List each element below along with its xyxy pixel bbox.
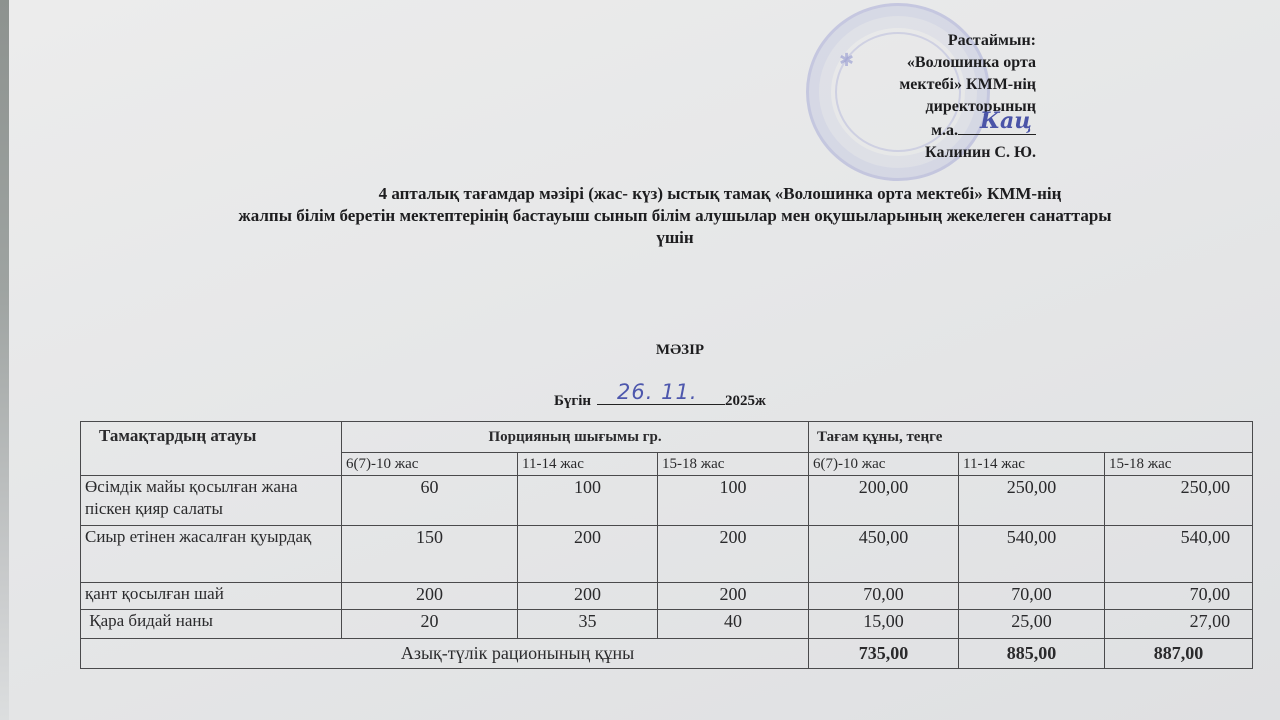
table-row: қант қосылған шай 200 200 200 70,00 70,0… [81,583,1253,610]
cost-cell: 540,00 [1105,526,1253,583]
portion-cell: 100 [518,476,658,526]
header-portion-age-1: 6(7)-10 жас [342,453,518,476]
dish-name: қант қосылған шай [81,583,342,610]
document-title: 4 апталық тағамдар мәзірі (жас- күз) ыст… [90,183,1260,249]
cost-cell: 250,00 [1105,476,1253,526]
portion-cell: 200 [518,526,658,583]
approval-school-line2: мектебі» КММ-нің [899,74,1036,96]
handwritten-date: 26. 11. [617,380,697,404]
portion-cell: 100 [658,476,809,526]
portion-cell: 60 [342,476,518,526]
header-portion: Порцияның шығымы гр. [342,422,809,453]
portion-cell: 200 [342,583,518,610]
portion-cell: 40 [658,610,809,639]
header-portion-age-3: 15-18 жас [658,453,809,476]
cost-cell: 27,00 [1105,610,1253,639]
table-row: Өсімдік майы қосылған жана піскен қияр с… [81,476,1253,526]
portion-cell: 200 [518,583,658,610]
menu-table: Тамақтардың атауы Порцияның шығымы гр. Т… [80,421,1253,669]
cost-cell: 540,00 [959,526,1105,583]
dish-name: Қара бидай наны [81,610,342,639]
cost-cell: 70,00 [1105,583,1253,610]
approval-school-line1: «Волошинка орта [899,52,1036,74]
header-dish-name: Тамақтардың атауы [81,422,342,476]
total-cost-age-1: 735,00 [809,639,959,669]
table-row: Сиыр етінен жасалған қуырдақ 150 200 200… [81,526,1253,583]
title-line-1: 4 апталық тағамдар мәзірі (жас- күз) ыст… [90,183,1260,205]
cost-cell: 70,00 [809,583,959,610]
total-label: Азық-түлік рационының құны [81,639,809,669]
approval-signature-line: м.а.Кац [899,118,1036,142]
portion-cell: 20 [342,610,518,639]
table-row: Қара бидай наны 20 35 40 15,00 25,00 27,… [81,610,1253,639]
total-cost-age-2: 885,00 [959,639,1105,669]
title-line-3: үшін [90,227,1260,249]
title-line-2: жалпы білім беретін мектептерінің бастау… [90,205,1260,227]
portion-cell: 35 [518,610,658,639]
signature-field: Кац [958,118,1036,135]
total-cost-age-3: 887,00 [1105,639,1253,669]
dish-name: Өсімдік майы қосылған жана піскен қияр с… [81,476,342,526]
cost-cell: 15,00 [809,610,959,639]
cost-cell: 25,00 [959,610,1105,639]
date-year: 2025ж [725,393,766,409]
approval-title: Растаймын: [899,30,1036,52]
menu-heading: МӘЗІР [0,342,1280,359]
table-total-row: Азық-түлік рационының құны 735,00 885,00… [81,639,1253,669]
header-cost-age-2: 11-14 жас [959,453,1105,476]
cost-cell: 70,00 [959,583,1105,610]
cost-cell: 450,00 [809,526,959,583]
approval-block: Растаймын: «Волошинка орта мектебі» КММ-… [899,30,1036,164]
date-field: 26. 11. [597,388,725,405]
approver-name: Калинин С. Ю. [899,142,1036,164]
cost-cell: 250,00 [959,476,1105,526]
handwritten-signature: Кац [980,110,1032,132]
header-cost-age-1: 6(7)-10 жас [809,453,959,476]
portion-cell: 150 [342,526,518,583]
seal-star-icon: ✱ [839,50,854,71]
acting-label: м.а. [931,122,958,139]
header-cost-age-3: 15-18 жас [1105,453,1253,476]
date-label: Бүгін [554,393,591,409]
date-line: Бүгін26. 11.2025ж [554,388,766,410]
header-portion-age-2: 11-14 жас [518,453,658,476]
header-cost: Тағам құны, теңге [809,422,1253,453]
portion-cell: 200 [658,526,809,583]
cost-cell: 200,00 [809,476,959,526]
portion-cell: 200 [658,583,809,610]
dish-name: Сиыр етінен жасалған қуырдақ [81,526,342,583]
table-header-row: Тамақтардың атауы Порцияның шығымы гр. Т… [81,422,1253,453]
